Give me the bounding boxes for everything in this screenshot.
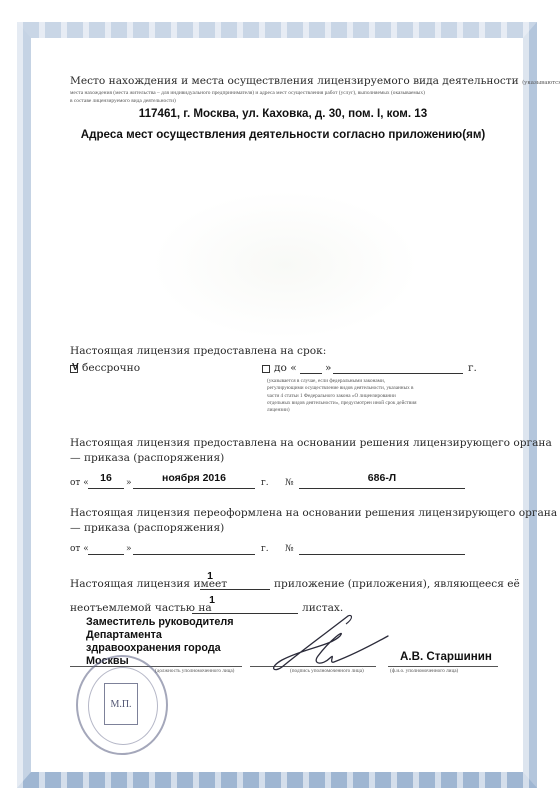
coat-of-arms-icon: М.П. [104,683,138,725]
reissued-number-label: № [285,544,294,554]
option-indefinite-label: бессрочно [82,362,140,374]
signer-position-line1: Заместитель руководителя [86,616,234,629]
license-address: 117461, г. Москва, ул. Каховка, д. 30, п… [0,107,560,120]
location-note-inline: (указываются адрес [522,80,560,86]
reissued-line1: Настоящая лицензия переоформлена на осно… [70,507,557,519]
granted-month-year: ноября 2016 [133,472,255,484]
granted-number-label: № [285,478,294,488]
stamp-label: М.П. [110,699,131,710]
name-caption: (ф.и.о. уполномоченного лица) [390,668,458,675]
checkmark-icon: V [72,362,79,373]
granted-day-line [88,488,124,489]
position-caption: (должность уполномоченного лица) [155,668,234,675]
granted-quote-close: » [126,478,132,488]
official-stamp: М.П. [76,655,168,755]
appendix-line2-prefix: неотъемлемой частью на [70,602,212,614]
granted-line1: Настоящая лицензия предоставлена на осно… [70,437,552,449]
granted-year-suffix: г. [261,478,269,488]
granted-day: 16 [88,472,124,484]
until-quote-close: » [325,362,331,374]
granted-number-line [299,488,465,489]
location-heading-text: Место нахождения и места осуществления л… [70,75,519,87]
until-prefix: до « [274,362,297,374]
appendix-count: 1 [200,570,220,582]
checkbox-until[interactable] [262,365,270,373]
checkbox-indefinite[interactable]: V [70,365,78,373]
reissued-quote-close: » [126,544,132,554]
location-heading: Место нахождения и места осуществления л… [70,75,560,87]
signer-position-line2: Департамента [86,629,234,642]
signer-name: А.В. Старшинин [400,650,492,663]
term-label: Настоящая лицензия предоставлена на срок… [70,345,326,357]
handwritten-signature-icon [260,612,390,674]
places-note: Адреса мест осуществления деятельности с… [0,128,560,141]
reissued-from-label: от « [70,544,89,554]
granted-line2: — приказа (распоряжения) [70,452,224,464]
location-note-line2: места нахождения (места жительства – для… [70,90,425,97]
until-note: (указывается в случае, если федеральными… [267,378,417,414]
until-day-line[interactable] [300,373,322,374]
appendix-line1-suffix: приложение (приложения), являющееся её [274,578,520,590]
appendix-sheets: 1 [192,594,232,606]
signer-position-line3: здравоохранения города [86,642,234,655]
granted-date-line [133,488,255,489]
reissued-date-line[interactable] [133,554,255,555]
granted-number: 686-Л [299,472,465,484]
location-note-line3: в составе лицензируемого вида деятельнос… [70,98,176,105]
name-line [388,666,498,667]
until-year-suffix: г. [468,362,477,374]
license-page: Место нахождения и места осуществления л… [0,0,560,800]
reissued-year-suffix: г. [261,544,269,554]
reissued-number-line[interactable] [299,554,465,555]
reissued-day-line[interactable] [88,554,124,555]
until-date-line[interactable] [333,373,463,374]
reissued-line2: — приказа (распоряжения) [70,522,224,534]
granted-from-label: от « [70,478,89,488]
appendix-count-line [200,589,270,590]
